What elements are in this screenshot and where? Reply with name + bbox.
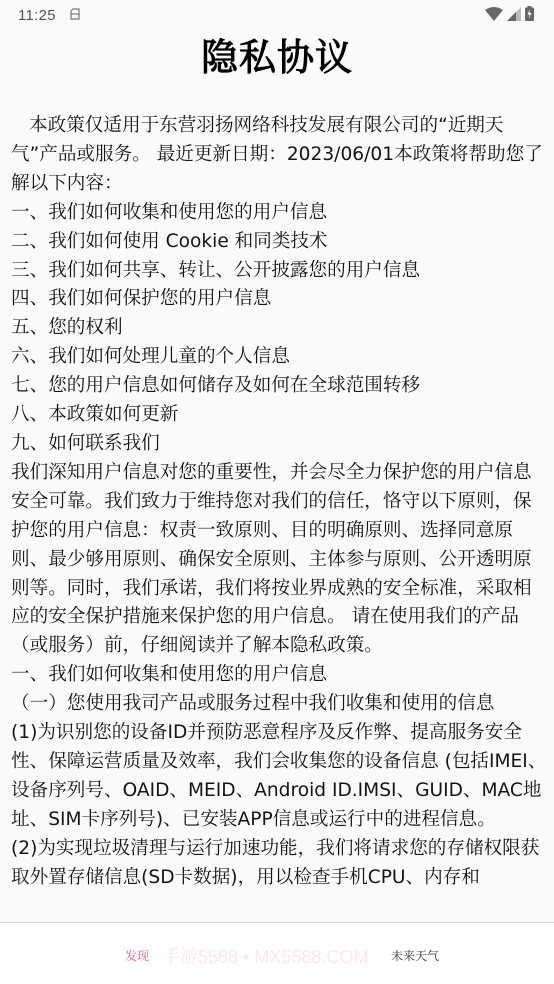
status-bar: 11:25 — [0, 0, 554, 30]
watermark: 手游5588 • MX5588.COM — [162, 943, 368, 969]
subsection-heading: （一）您使用我司产品或服务过程中我们收集和使用的信息 — [11, 690, 547, 719]
storage-icon — [68, 6, 82, 25]
toc-item: 四、我们如何保护您的用户信息 — [11, 285, 547, 314]
toc-item: 五、您的权利 — [11, 314, 547, 343]
wifi-icon — [485, 6, 503, 25]
toc-item: 八、本政策如何更新 — [11, 401, 547, 430]
item-paragraph: (1)为识别您的设备ID并预防恶意程序及反作弊、提高服务安全性、保障运营质量及效… — [11, 719, 547, 835]
cellular-signal-icon — [507, 6, 521, 25]
toc-item: 七、您的用户信息如何储存及如何在全球范围转移 — [11, 372, 547, 401]
bottom-nav: 手游5588 • MX5588.COM 发现 未来天气 — [0, 922, 554, 984]
status-right — [485, 6, 534, 25]
principles-paragraph: 我们深知用户信息对您的重要性，并会尽全力保护您的用户信息安全可靠。我们致力于维持… — [11, 459, 547, 661]
battery-charging-icon — [525, 6, 534, 25]
tab-discover[interactable]: 发现 — [125, 947, 149, 964]
intro-paragraph: 本政策仅适用于东营羽扬网络科技发展有限公司的“近期天气”产品或服务。 最近更新日… — [11, 112, 547, 199]
toc-item: 三、我们如何共享、转让、公开披露您的用户信息 — [11, 257, 547, 286]
page-title: 隐私协议 — [0, 30, 554, 86]
item-paragraph: (2)为实现垃圾清理与运行加速功能，我们将请求您的存储权限获取外置存储信息(SD… — [11, 835, 547, 893]
policy-content: 本政策仅适用于东营羽扬网络科技发展有限公司的“近期天气”产品或服务。 最近更新日… — [11, 112, 547, 892]
toc-item: 一、我们如何收集和使用您的用户信息 — [11, 199, 547, 228]
status-time: 11:25 — [18, 7, 56, 24]
toc-item: 二、我们如何使用 Cookie 和同类技术 — [11, 228, 547, 257]
status-left: 11:25 — [18, 6, 82, 25]
toc-item: 六、我们如何处理儿童的个人信息 — [11, 343, 547, 372]
tab-future-weather[interactable]: 未来天气 — [391, 947, 439, 964]
toc-item: 九、如何联系我们 — [11, 430, 547, 459]
section-heading: 一、我们如何收集和使用您的用户信息 — [11, 661, 547, 690]
